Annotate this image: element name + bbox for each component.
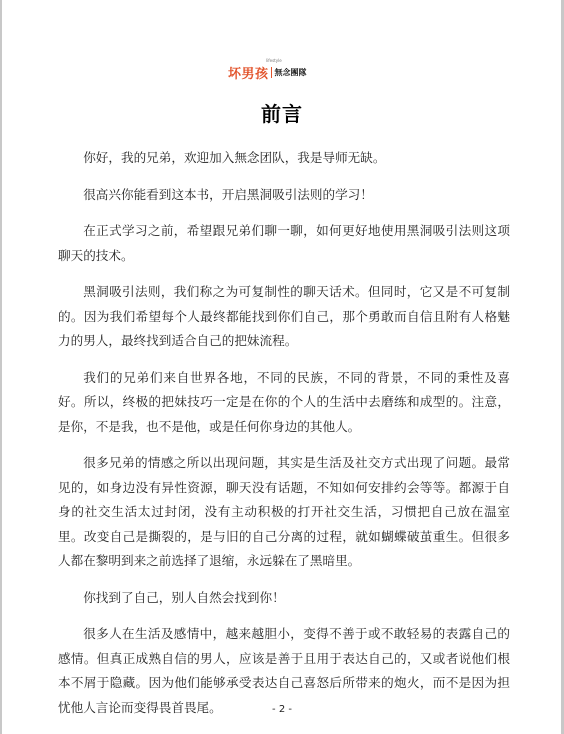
logo-divider	[271, 67, 272, 78]
paragraph: 黑洞吸引法则，我们称之为可复制性的聊天话术。但同时，它又是不可复制的。因为我们希…	[58, 280, 510, 354]
paragraph: 我们的兄弟们来自世界各地，不同的民族，不同的背景，不同的秉性及喜好。所以，终极的…	[58, 366, 510, 440]
logo-brand-text: 坏男孩	[228, 63, 269, 82]
logo-team-text: 無念團隊	[275, 67, 307, 78]
body-text: 你好，我的兄弟，欢迎加入無念团队，我是导师无缺。 很高兴你能看到这本书，开启黑洞…	[58, 146, 510, 732]
paragraph: 你好，我的兄弟，欢迎加入無念团队，我是导师无缺。	[58, 146, 510, 171]
paragraph: 很高兴你能看到这本书，开启黑洞吸引法则的学习！	[58, 183, 510, 208]
page-number: - 2 -	[0, 704, 564, 715]
header-logo: 坏男孩 lifestyle 無念團隊	[228, 62, 307, 82]
paragraph: 很多兄弟的情感之所以出现问题，其实是生活及社交方式出现了问题。最常见的，如身边没…	[58, 451, 510, 574]
paragraph: 你找到了自己，别人自然会找到你！	[58, 586, 510, 611]
logo-tagline: lifestyle	[266, 58, 282, 63]
paragraph: 在正式学习之前，希望跟兄弟们聊一聊，如何更好地使用黑洞吸引法则这项聊天的技术。	[58, 219, 510, 268]
page-title: 前言	[0, 98, 564, 127]
